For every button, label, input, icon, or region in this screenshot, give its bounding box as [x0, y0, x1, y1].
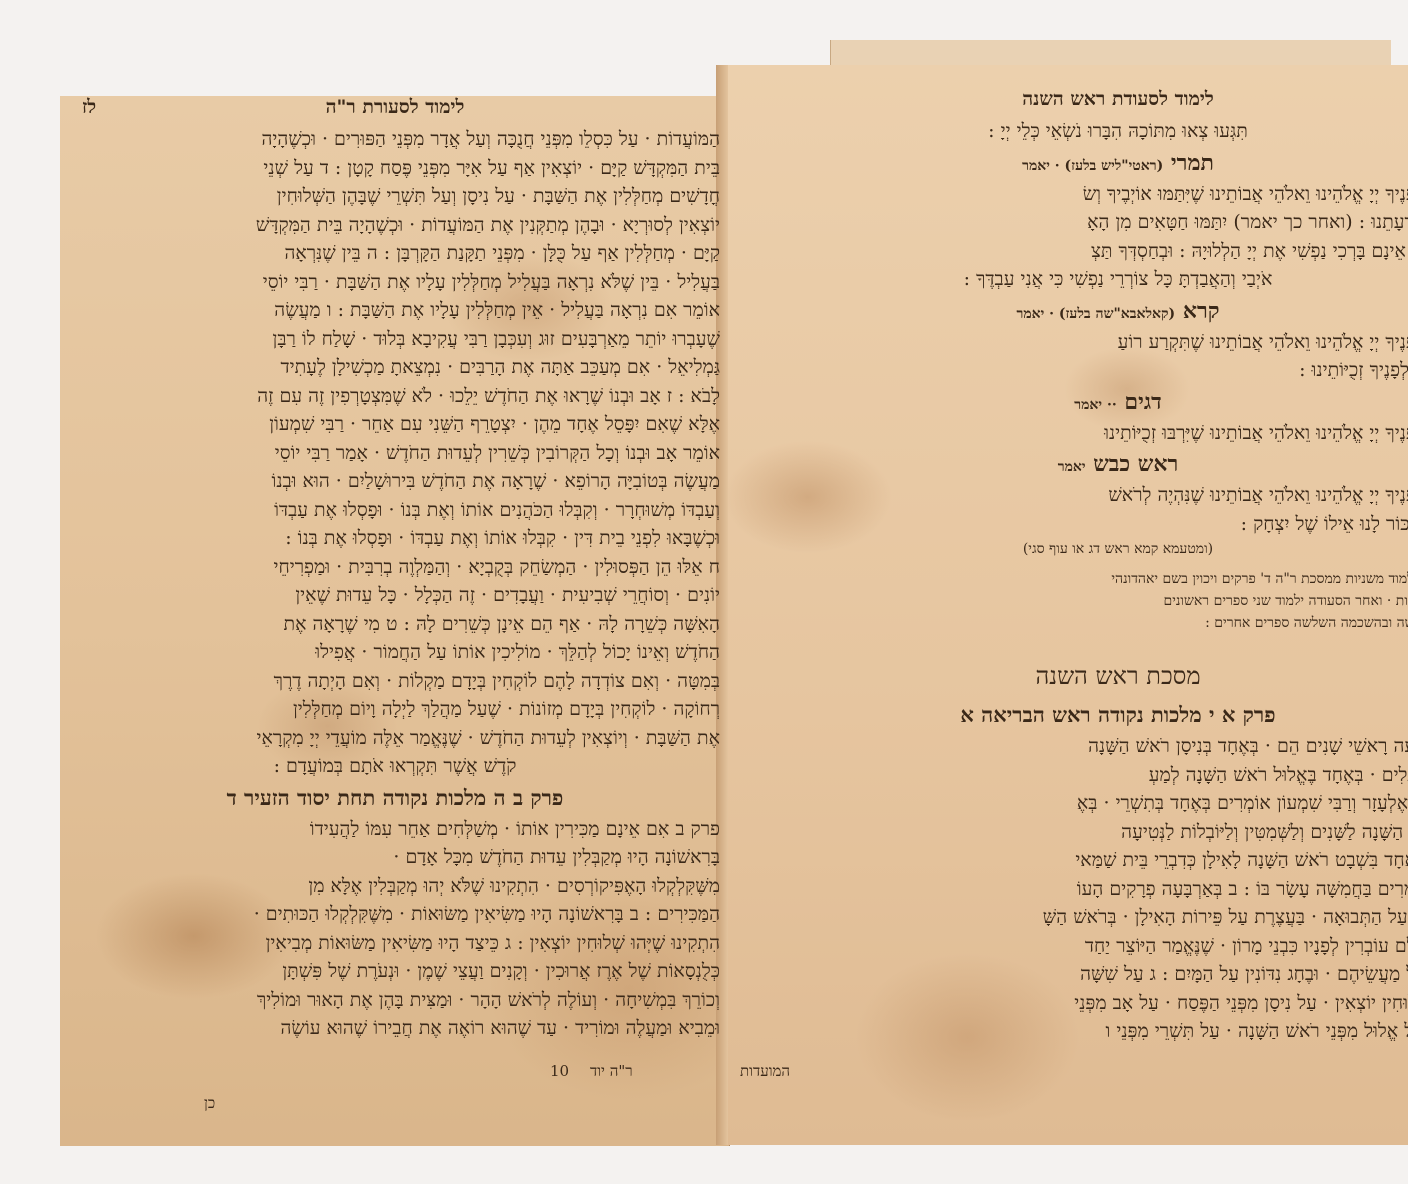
instruction-line: וכתוך הסעודה ילמוד משניות ממסכת ר"ה ד' פ…: [738, 568, 1408, 590]
text-line: שֶׁעָבְרוּ יוֹתֵר מֵאַרְבָּעִים זוּג וְע…: [70, 325, 720, 354]
text-line: אוֹמֵר אָב וּבְנוֹ וְכָל הַקְּרוֹבִין כְ…: [70, 439, 720, 468]
text-line: לָבֹא : ז אָב וּבְנוֹ שֶׁרָאוּ אֶת הַחֹד…: [70, 382, 720, 411]
catchword-right: המועדות: [740, 1062, 790, 1081]
section-heading: ראש כבש יאמר: [738, 447, 1408, 481]
text-line: כָּל בָּאֵי הָעוֹלָם עוֹבְרִין לְפָנָיו …: [738, 932, 1408, 961]
text-line: פרק א אַרְבָּעָה רָאשֵׁי שָׁנִים הֵם · ב…: [738, 732, 1408, 761]
text-line: רְחוֹקָה · לוֹקְחִין בְּיָדָם מְזוֹנוֹת …: [70, 695, 720, 724]
running-head-text: לימוד לסעורת ר"ה: [326, 96, 465, 118]
text-line: קַיָּם · מְחַלְּלִין אַף עַל כֻּלָּן · מ…: [70, 239, 720, 268]
text-line: וּכְשֶׁבָּאוּ לִפְנֵי בֵית דִּין · קִבְּ…: [70, 524, 720, 553]
text-line: הַמַּכִּירִים : ב בָּרִאשׁוֹנָה הָיוּ מַ…: [70, 900, 720, 929]
text-line: וְכָל מְבַקְשֵׁי רָעָתֵנוּ : (ואחר כך יא…: [738, 208, 1408, 237]
text-line: הַמֵּבִין אֶל כָּל מַעֲשֵׂיהֶם · וּבֶחָג…: [738, 960, 1408, 989]
opening-verse: תִּגְּעוּ צְאוּ מִתּוֹכָהּ הִבָּרוּ נֹשְ…: [738, 117, 1408, 146]
heading-gloss: יאמר: [1058, 459, 1086, 475]
heading-text: קרא: [1183, 298, 1220, 324]
text-line: גַּמְלִיאֵל · אִם מְעַכֵּב אַתָּה אֶת הָ…: [70, 353, 720, 382]
text-line: חֳדָשִׁים הַשְּׁלוּחִין יוֹצְאִין · עַל …: [738, 989, 1408, 1018]
text-line: בְּהֵמָה · רַבִּי אֶלְעָזָר וְרַבִּי שִׁ…: [738, 789, 1408, 818]
left-page-text: לימוד לסעורת ר"ה לז הַמּוֹעֲדוֹת · עַל כ…: [70, 96, 720, 1043]
chapter-title-2: פרק ב ה מלכות נקודה תחת יסוד הזעיר ד: [70, 781, 720, 815]
running-head-left: לימוד לסעורת ר"ה לז: [70, 96, 720, 119]
text-line: בָּרִאשׁוֹנָה הָיוּ מְקַבְּלִין עֵדוּת ה…: [70, 843, 720, 872]
heading-gloss: ·· יאמר: [1074, 397, 1116, 413]
signature-number: 10: [550, 1062, 569, 1080]
heading-text: תמרי: [1171, 150, 1214, 176]
text-line: יְהִי רָצוֹן מִלְּפָנֶיךָ יְיָ אֱלֹהֵינו…: [738, 328, 1408, 357]
heading-gloss: (קאלאבא"שה בלעז) · יאמר: [1016, 306, 1175, 322]
text-line: בְּמִטָּה · וְאִם צוֹדְדָה לָהֶם לוֹקְחִ…: [70, 667, 720, 696]
text-line: וְלַיְרָקוֹת · בְּאֶחָד בִּשְׁבָט רֹאשׁ …: [738, 846, 1408, 875]
text-line: יְהִי רָצוֹן מִלְּפָנֶיךָ יְיָ אֱלֹהֵינו…: [738, 419, 1408, 448]
text-line: וְכוֹרֵךְ בִּמְשִׁיחָה · וְעוֹלֶה לְרֹאש…: [70, 986, 720, 1015]
section-heading: תמרי (ראטי"ליש בלעז) · יאמר: [738, 146, 1408, 180]
section-heading: דגים ·· יאמר: [738, 385, 1408, 419]
text-line: חֳדָשִׁים מְחַלְּלִין אֶת הַשַּׁבָּת · ע…: [70, 182, 720, 211]
text-line: וְלֹא לְזָנָב וְתִזְכּוֹר לָנוּ אֵילוֹ ש…: [738, 510, 1408, 539]
text-line: וְעַבְדּוֹ מְשׁוּחְרָר · וְקִבְּלוּ הַכֹ…: [70, 496, 720, 525]
text-line: בֵּית הִלֵּל אוֹמְרִים בַּחֲמִשָּׁה עָשָ…: [738, 875, 1408, 904]
text-line: יְהִי רָצוֹן מִלְּפָנֶיךָ יְיָ אֱלֹהֵינו…: [738, 180, 1408, 209]
text-line: מַעֲשֶׂה בְּטוֹבִיָּה הָרוֹפֵא · שֶׁרָאָ…: [70, 467, 720, 496]
text-line: וּמֵבִיא וּמַעֲלֶה וּמוֹרִיד · עַד שֶׁהו…: [70, 1014, 720, 1043]
text-line: דִּינֵנוּ וְיִקָּרְאוּ לְפָנֶיךָ זְכֻיּו…: [738, 356, 1408, 385]
text-line: ח אֵלּוּ הֵן הַפְּסוּלִין · הַמְשַׂחֵק ב…: [70, 553, 720, 582]
page-number: לז: [82, 96, 96, 119]
tractate-title: מסכת ראש השנה: [738, 654, 1408, 698]
signature-mark: ר"ה יוד: [590, 1062, 633, 1081]
chapter-title-1: פרק א י מלכות נקודה ראש הבריאה א: [738, 698, 1408, 732]
text-line: הָאִשָּׁה כְּשֵׁרָה לָהּ · אַף הֵם אֵינָ…: [70, 610, 720, 639]
text-line: בֵּית הַמִּקְדָּשׁ קַיָּם · יוֹצְאִין אַ…: [70, 154, 720, 183]
text-line: לַמְּלָכִים וְלָרְגָלִים · בְּאֶחָד בֶּא…: [738, 761, 1408, 790]
text-line: וּרְשָׁעִים עוֹד אֵינָם בָּרְכִי נַפְשִׁ…: [738, 237, 1408, 266]
text-line: יוֹנִים · וְסוֹחֲרֵי שְׁבִיעִית · וַעֲבָ…: [70, 581, 720, 610]
text-line: נִדּוֹן · בְּפֶסַח עַל הַתְּבוּאָה · בַּ…: [738, 903, 1408, 932]
text-line: קֹדֶשׁ אֲשֶׁר תִּקְרְאוּ אֹתָם בְּמוֹעֲד…: [70, 752, 720, 781]
section-heading: קרא (קאלאבא"שה בלעז) · יאמר: [738, 294, 1408, 328]
text-line: הַתַּעֲנִית · עַל אֱלוּל מִפְּנֵי רֹאשׁ …: [738, 1017, 1408, 1046]
text-line: פרק ב אִם אֵינָם מַכִּירִין אוֹתוֹ · מְש…: [70, 815, 720, 844]
text-line: הַמּוֹעֲדוֹת · עַל כִּסְלֵו מִפְּנֵי חֲנ…: [70, 125, 720, 154]
heading-gloss: (ראטי"ליש בלעז) · יאמר: [1022, 158, 1163, 174]
instruction-line: תהלים עם הבקשה ובהשכמה השלשה ספרים אחרים…: [738, 612, 1408, 634]
text-line: אֶלָּא שֶׁאִם יִפָּסֵל אֶחָד מֵהֶן · יִצ…: [70, 410, 720, 439]
text-line: הַחֹדֶשׁ וְאֵינוֹ יָכוֹל לְהַלֵּךְ · מוֹ…: [70, 638, 720, 667]
text-line: הִתְקִינוּ שֶׁיְּהוּ שְׁלוּחִין יוֹצְאִי…: [70, 929, 720, 958]
text-line: בְּתִשְׁרֵי רֹאשׁ הַשָּׁנָה לַשָּׁנִים ו…: [738, 818, 1408, 847]
running-head-right: לימוד לסעודת ראש השנה: [738, 88, 1408, 111]
text-line: יְהִי רָצוֹן מִלְּפָנֶיךָ יְיָ אֱלֹהֵינו…: [738, 481, 1408, 510]
text-line: בַּעֲלִיל · בֵּין שֶׁלֹּא נִרְאָה בַּעֲל…: [70, 268, 720, 297]
parenthetical-note: (ומטעמא קמא ראש דג או עוף סגי): [738, 538, 1408, 560]
heading-text: דגים: [1124, 389, 1161, 415]
text-line: אֶת הַשַּׁבָּת · וְיוֹצְאִין לְעֵדוּת הַ…: [70, 724, 720, 753]
heading-text: ראש כבש: [1093, 451, 1178, 477]
text-line: אוֹמֵר אִם נִרְאָה בַּעֲלִיל · אֵין מְחַ…: [70, 296, 720, 325]
text-line: יוֹצְאִין לְסוּרְיָא · וּבָהֶן מְתַקְּנִ…: [70, 211, 720, 240]
text-line: מִשֶּׁקִּלְקְלוּ הָאֶפִּיקוֹרְסִים · הִת…: [70, 872, 720, 901]
catchword-left: כן: [204, 1094, 215, 1113]
text-line: אֹיְבַי וְהַאֲבַדְתָּ כָּל צוֹרְרֵי נַפְ…: [738, 265, 1408, 294]
text-line: כְּלֻנְסָאוֹת שֶׁל אֶרֶז אֲרוּכִין · וְק…: [70, 957, 720, 986]
instruction-line: בכל פרק כ' אותיות · ואחר הסעודה ילמוד שנ…: [738, 590, 1408, 612]
right-page-text: לימוד לסעודת ראש השנה תִּגְּעוּ צְאוּ מִ…: [738, 88, 1408, 1046]
